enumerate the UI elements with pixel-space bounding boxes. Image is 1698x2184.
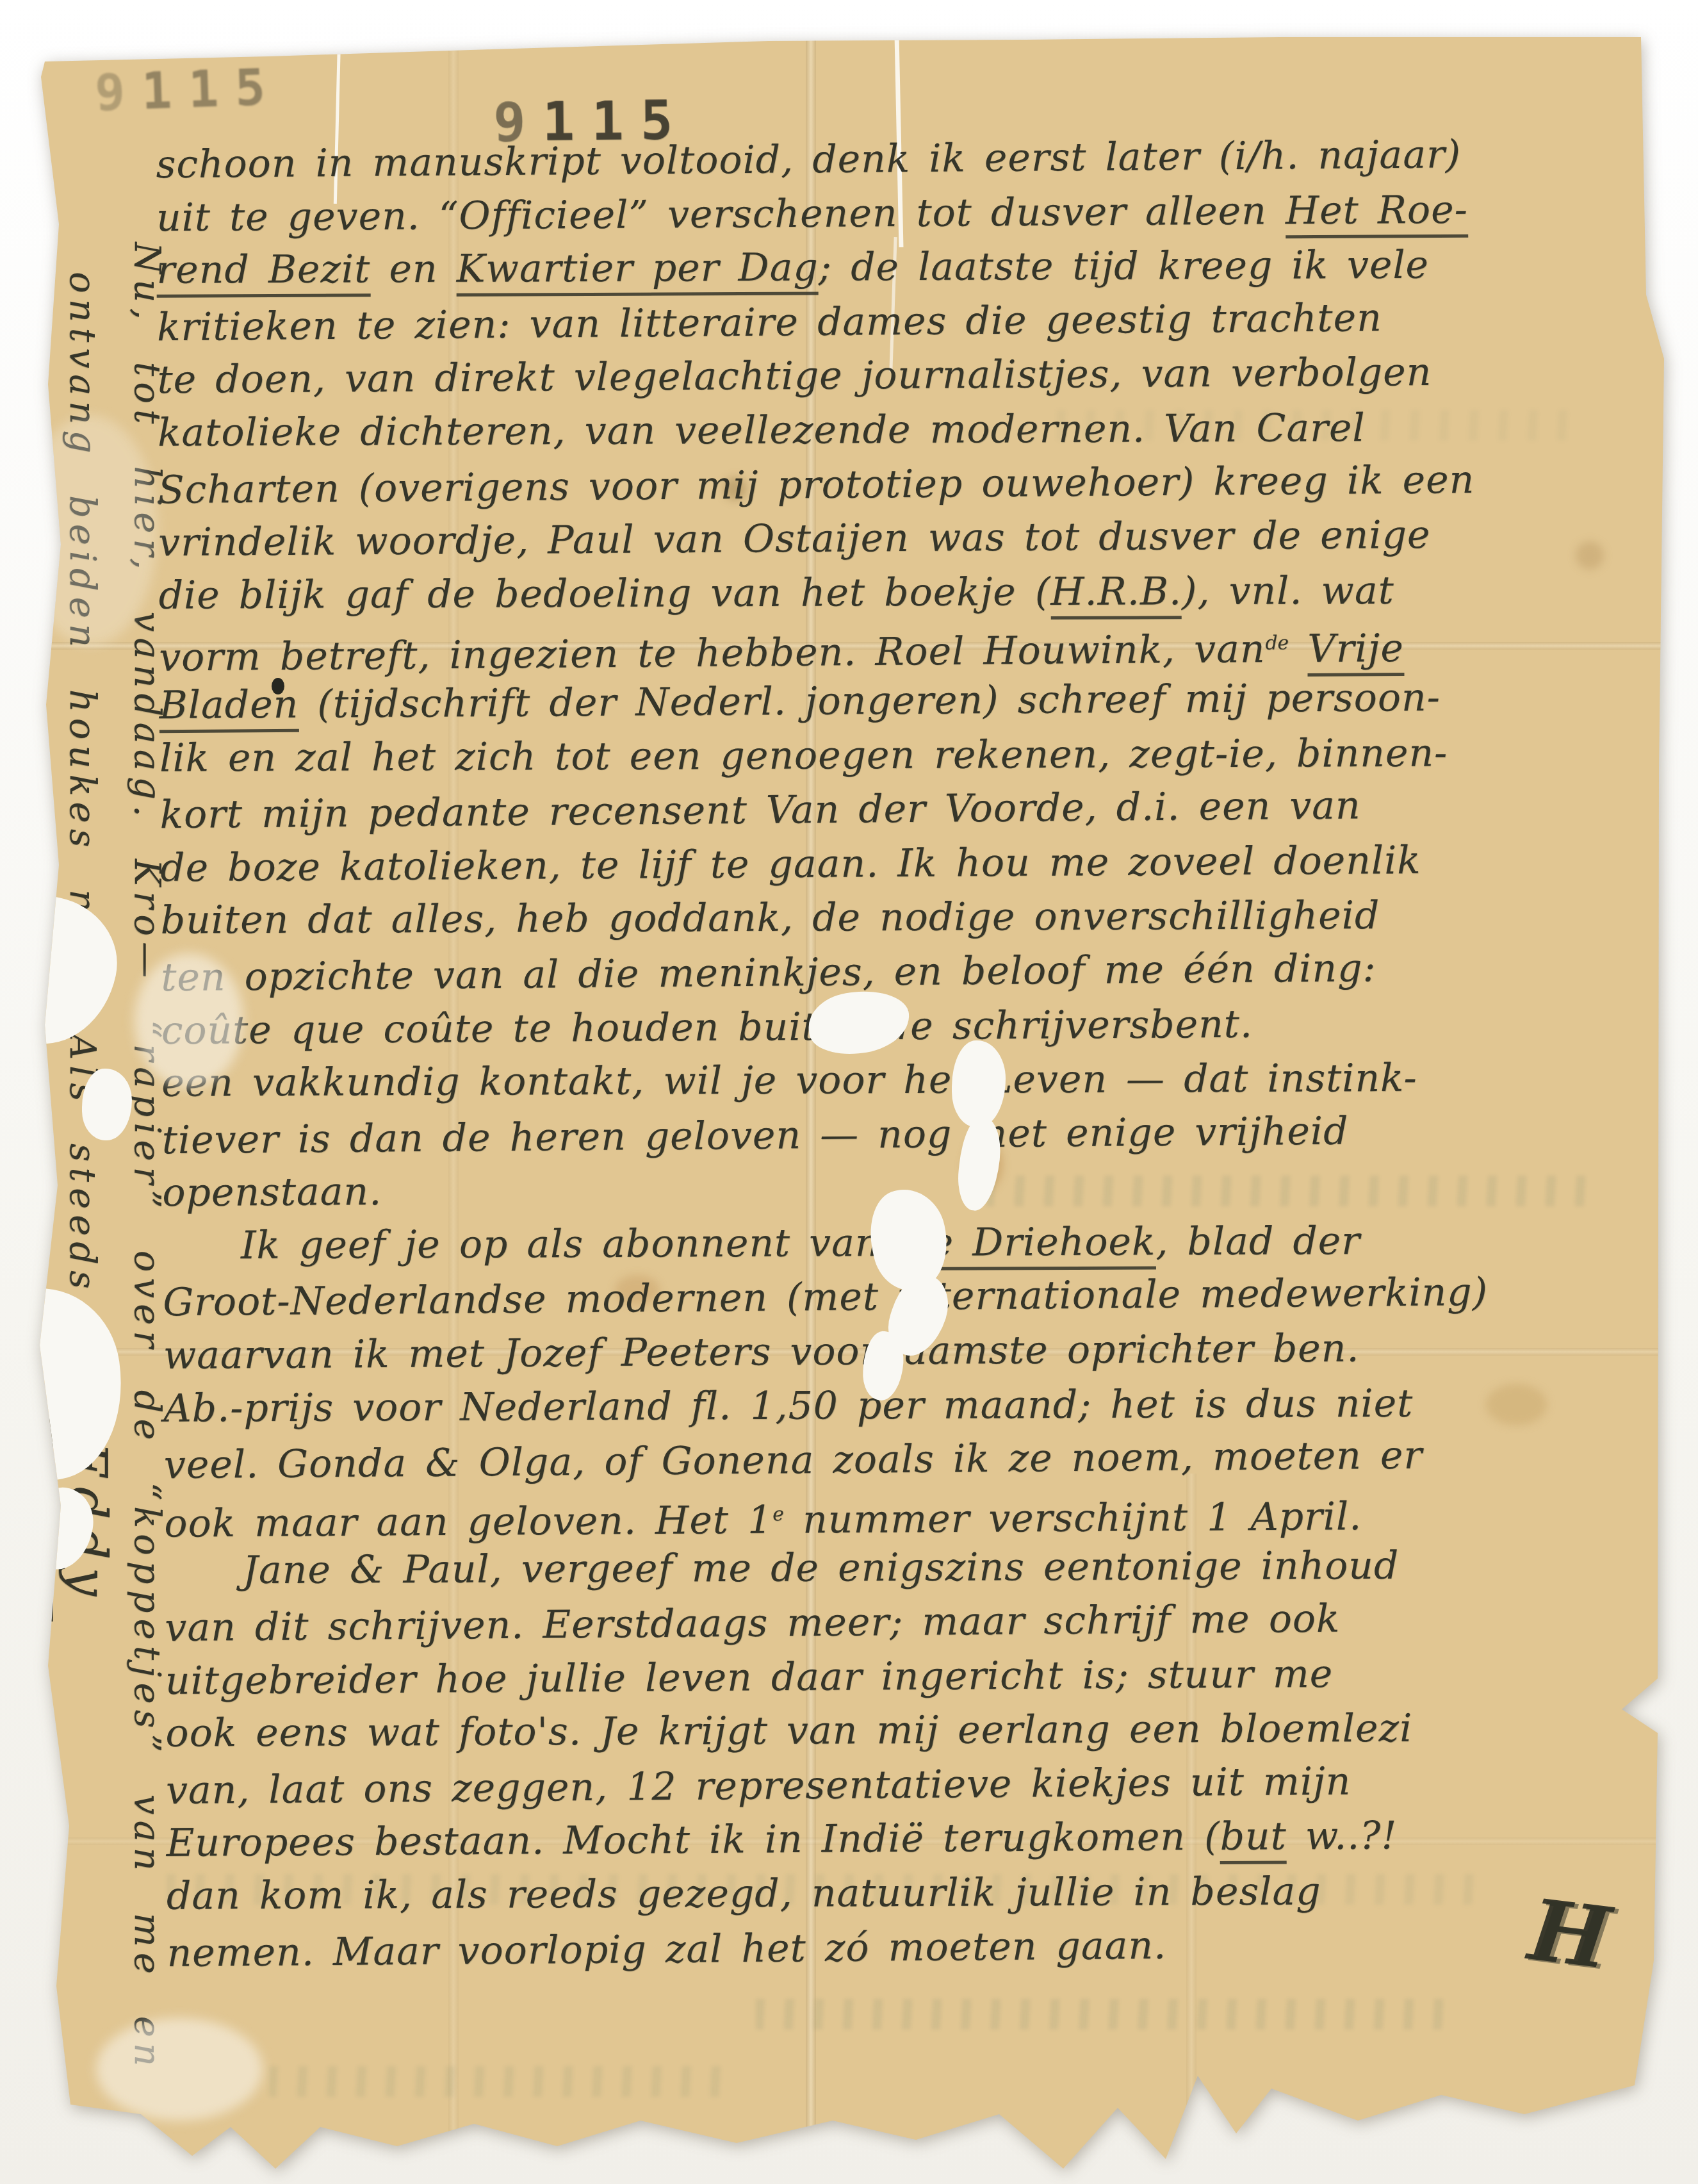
letter-line: ook maar aan geloven. Het 1e nummer vers… [164,1482,1656,1546]
letter-line: coûte que coûte te houden buiten de schr… [161,994,1654,1058]
paraph-mark: H [1524,1880,1615,1989]
letter-line: Jane & Paul, vergeef me de enigszins een… [165,1538,1657,1598]
letter-line: buiten dat alles, heb goddank, de nodige… [161,888,1653,948]
letter-line: lik en zal het zich tot een genoegen rek… [159,725,1652,785]
letter-line: ten opzichte van al die meninkjes, en be… [161,939,1654,1005]
letter-line: ook eens wat foto's. Je krijgt van mij e… [165,1701,1658,1761]
scanned-letter: 9115 9115 schoon in manuskript voltooid,… [0,0,1698,2184]
letter-line: die blijk gaf de bedoeling van het boekj… [158,562,1651,623]
letter-line: dan kom ik, als reeds gezegd, natuurlik … [167,1863,1659,1923]
letter-line: nemen. Maar voorlopig zal het zó moeten … [167,1914,1660,1980]
letter-line: uit te geven. “Officieel” verschenen tot… [156,182,1649,245]
letter-line: Scharten (overigens voor mij prototiep o… [158,451,1651,517]
letter-line: kort mijn pedante recensent Van der Voor… [159,776,1653,842]
letter-line: uitgebreider hoe jullie leven daar inger… [165,1645,1658,1708]
letter-line: veel. Gonda & Olga, of Gonena zoals ik z… [164,1427,1657,1493]
letter-line: Bladen (tijdschrift der Nederl. jongeren… [159,669,1651,733]
ink-bleedthrough [756,1999,1460,2030]
letter-line: Europees bestaan. Mocht ik in Indië teru… [166,1807,1658,1871]
letter-line: een vakkundig kontakt, wil je voor het L… [161,1050,1654,1110]
letter-line: Ab.-prijs voor Nederland fl. 1,50 per ma… [163,1375,1656,1436]
worn-patch [96,2018,263,2121]
letter-line: vorm betreft, ingezien te hebben. Roel H… [159,614,1652,680]
letter-line: te doen, van direkt vlegelachtige journa… [157,344,1649,407]
letter-line: katolieke dichteren, van veellezende mod… [158,400,1650,460]
letter-line: vrindelik woordje, Paul van Ostaijen was… [158,507,1651,570]
paper-hole [82,1069,132,1140]
archive-stamp: 9115 [94,58,283,122]
letter-line: de boze katolieken, te lijf te gaan. Ik … [160,832,1653,896]
letter-line: van dit schrijven. Eerstdaags meer; maar… [165,1589,1658,1655]
ink-bleedthrough [269,2066,730,2097]
worn-patch [23,415,158,646]
letter-page: 9115 9115 schoon in manuskript voltooid,… [0,0,1698,2184]
worn-patch [135,953,243,1088]
letter-line: kritieken te zien: van litteraire dames … [157,289,1650,355]
letter-line: schoon in manuskript voltooid, denk ik e… [156,126,1649,192]
ink-blot [272,678,284,694]
letter-line: van, laat ons zeggen, 12 representatieve… [166,1752,1659,1818]
paper-shadow: 9115 9115 schoon in manuskript voltooid,… [0,0,1698,2184]
letter-line: tiever is dan de heren geloven — nog met… [161,1102,1654,1168]
letter-body: schoon in manuskript voltooid, denk ik e… [156,127,1660,1979]
letter-line: rend Bezit en Kwartier per Dag; de laats… [156,238,1649,298]
